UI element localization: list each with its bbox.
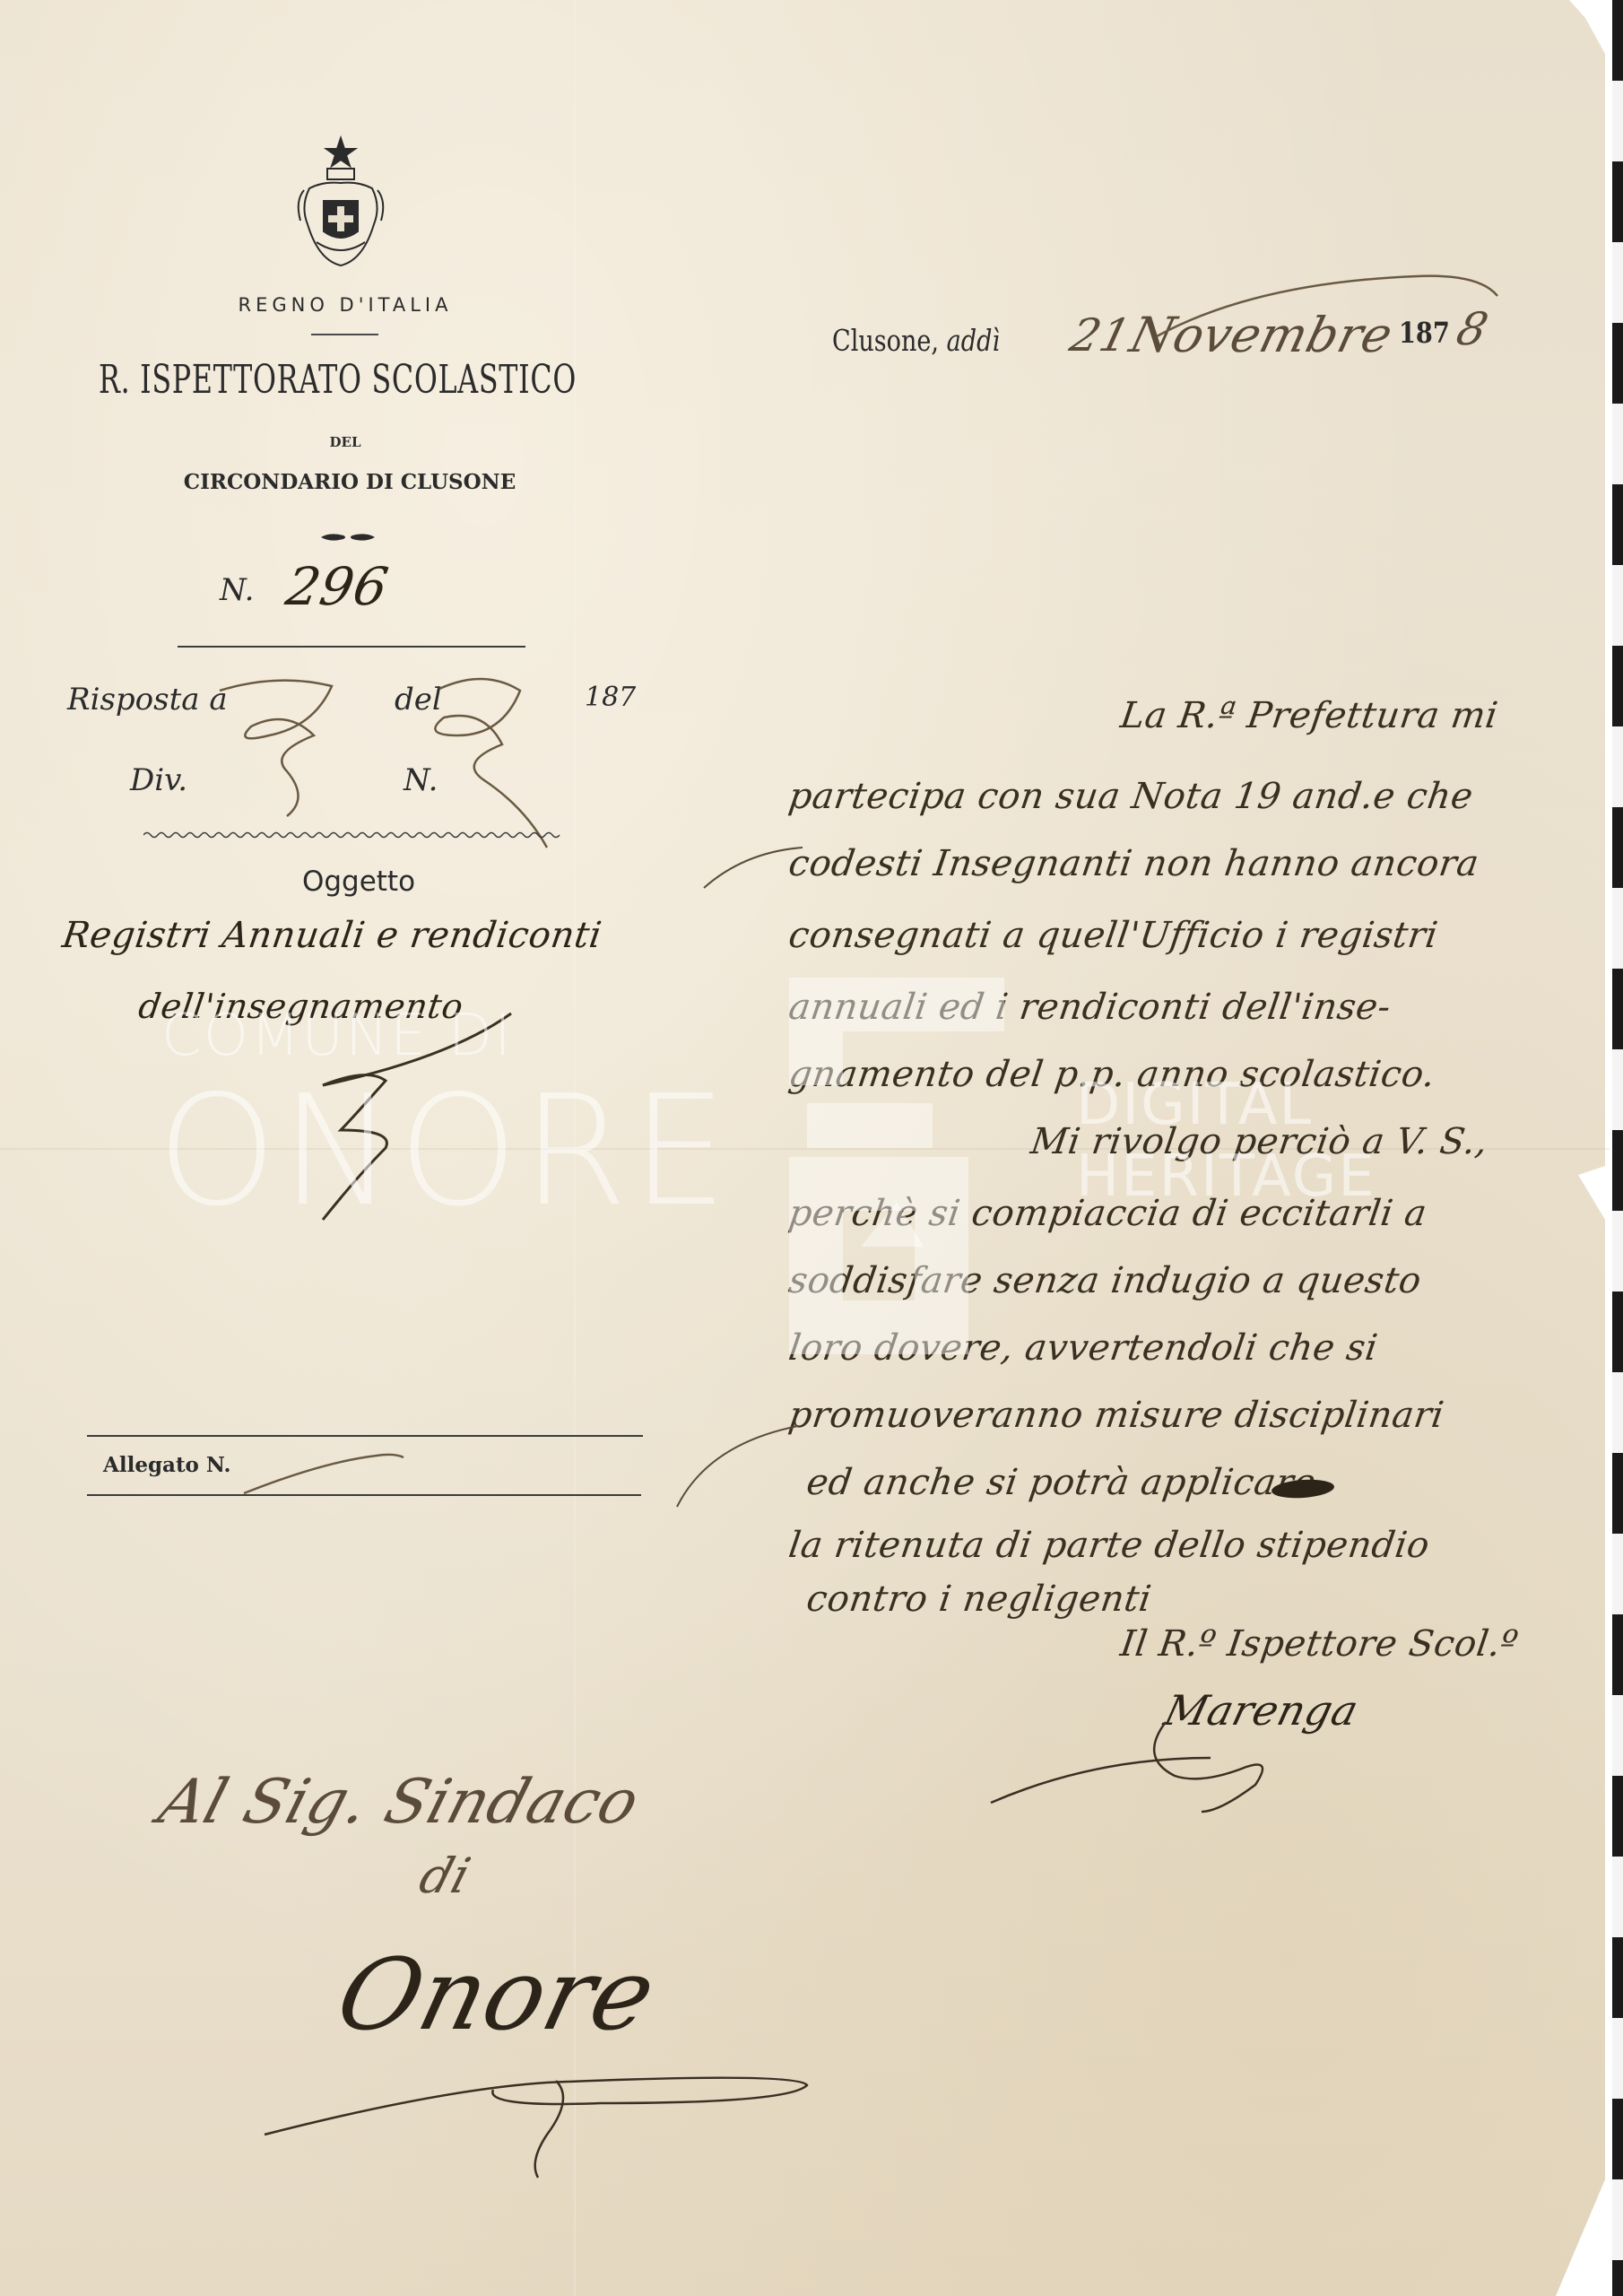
body-line-6: gnamento del p.p. anno scolastico. bbox=[786, 1054, 1438, 1095]
subject-line-1: Registri Annuali e rendiconti bbox=[60, 915, 604, 956]
body-line-10: loro dovere, avvertendoli che si bbox=[786, 1327, 1381, 1369]
body-line-2: partecipa con sua Nota 19 and.e che bbox=[786, 776, 1476, 817]
reply-del-label: del bbox=[395, 682, 442, 717]
signature: Marenga bbox=[1159, 1686, 1363, 1735]
body-line-14: contro i negligenti bbox=[804, 1578, 1154, 1620]
reply-year-prefix: 187 bbox=[585, 682, 636, 713]
reply-to-label: Risposta a bbox=[67, 682, 228, 717]
kingdom-heading: REGNO D'ITALIA bbox=[215, 294, 475, 316]
office-connector: DEL bbox=[309, 434, 381, 450]
addressee-town: Onore bbox=[326, 1937, 666, 2052]
body-line-9: soddisfare senza indugio a questo bbox=[786, 1260, 1424, 1301]
attachment-bottom-line bbox=[87, 1494, 641, 1496]
dateline-place-name: Clusone, bbox=[832, 323, 939, 358]
closing-title: Il R.º Ispettore Scol.º bbox=[1118, 1623, 1521, 1665]
body-line-7: Mi rivolgo perciò a V. S., bbox=[1028, 1121, 1490, 1162]
addressee-line-1: Al Sig. Sindaco bbox=[152, 1767, 647, 1838]
heading-divider bbox=[311, 334, 378, 335]
dateline-year-printed: 187 bbox=[1399, 316, 1450, 350]
body-line-13: la ritenuta di parte dello stipendio bbox=[786, 1525, 1432, 1566]
protocol-number-value: 296 bbox=[282, 556, 393, 617]
dateline-addi: addì bbox=[947, 323, 1000, 358]
body-line-3: codesti Insegnanti non hanno ancora bbox=[786, 843, 1481, 884]
attachment-top-line bbox=[87, 1435, 643, 1437]
body-line-1: La R.ª Prefettura mi bbox=[1118, 695, 1501, 736]
office-heading: R. ISPETTORATO SCOLASTICO bbox=[99, 357, 603, 403]
scan-scale-bar bbox=[1612, 0, 1623, 2296]
wavy-divider-icon bbox=[143, 831, 560, 839]
subject-line-2: dell'insegnamento bbox=[136, 987, 465, 1026]
body-line-12: ed anche si potrà applicare bbox=[804, 1462, 1318, 1503]
royal-coat-of-arms-icon bbox=[291, 135, 390, 269]
protocol-number-line bbox=[178, 646, 525, 648]
protocol-number-label: N. bbox=[220, 572, 254, 608]
body-line-4: consegnati a quell'Ufficio i registri bbox=[786, 915, 1441, 956]
body-line-5: annuali ed i rendiconti dell'inse- bbox=[786, 987, 1393, 1028]
attachment-label: Allegato N. bbox=[103, 1453, 230, 1477]
division-number-label: N. bbox=[404, 762, 438, 798]
district-heading: CIRCONDARIO DI CLUSONE bbox=[170, 470, 529, 494]
ornament-divider-icon bbox=[281, 531, 415, 544]
subject-label: Oggetto bbox=[287, 865, 430, 898]
body-line-11: promuoveranno misure disciplinari bbox=[786, 1395, 1446, 1436]
division-label: Div. bbox=[130, 762, 187, 798]
dateline-month: Novembre bbox=[1124, 307, 1398, 363]
body-line-8: perchè si compiaccia di eccitarli a bbox=[786, 1193, 1429, 1234]
dateline-place: Clusone, addì bbox=[832, 323, 1000, 358]
